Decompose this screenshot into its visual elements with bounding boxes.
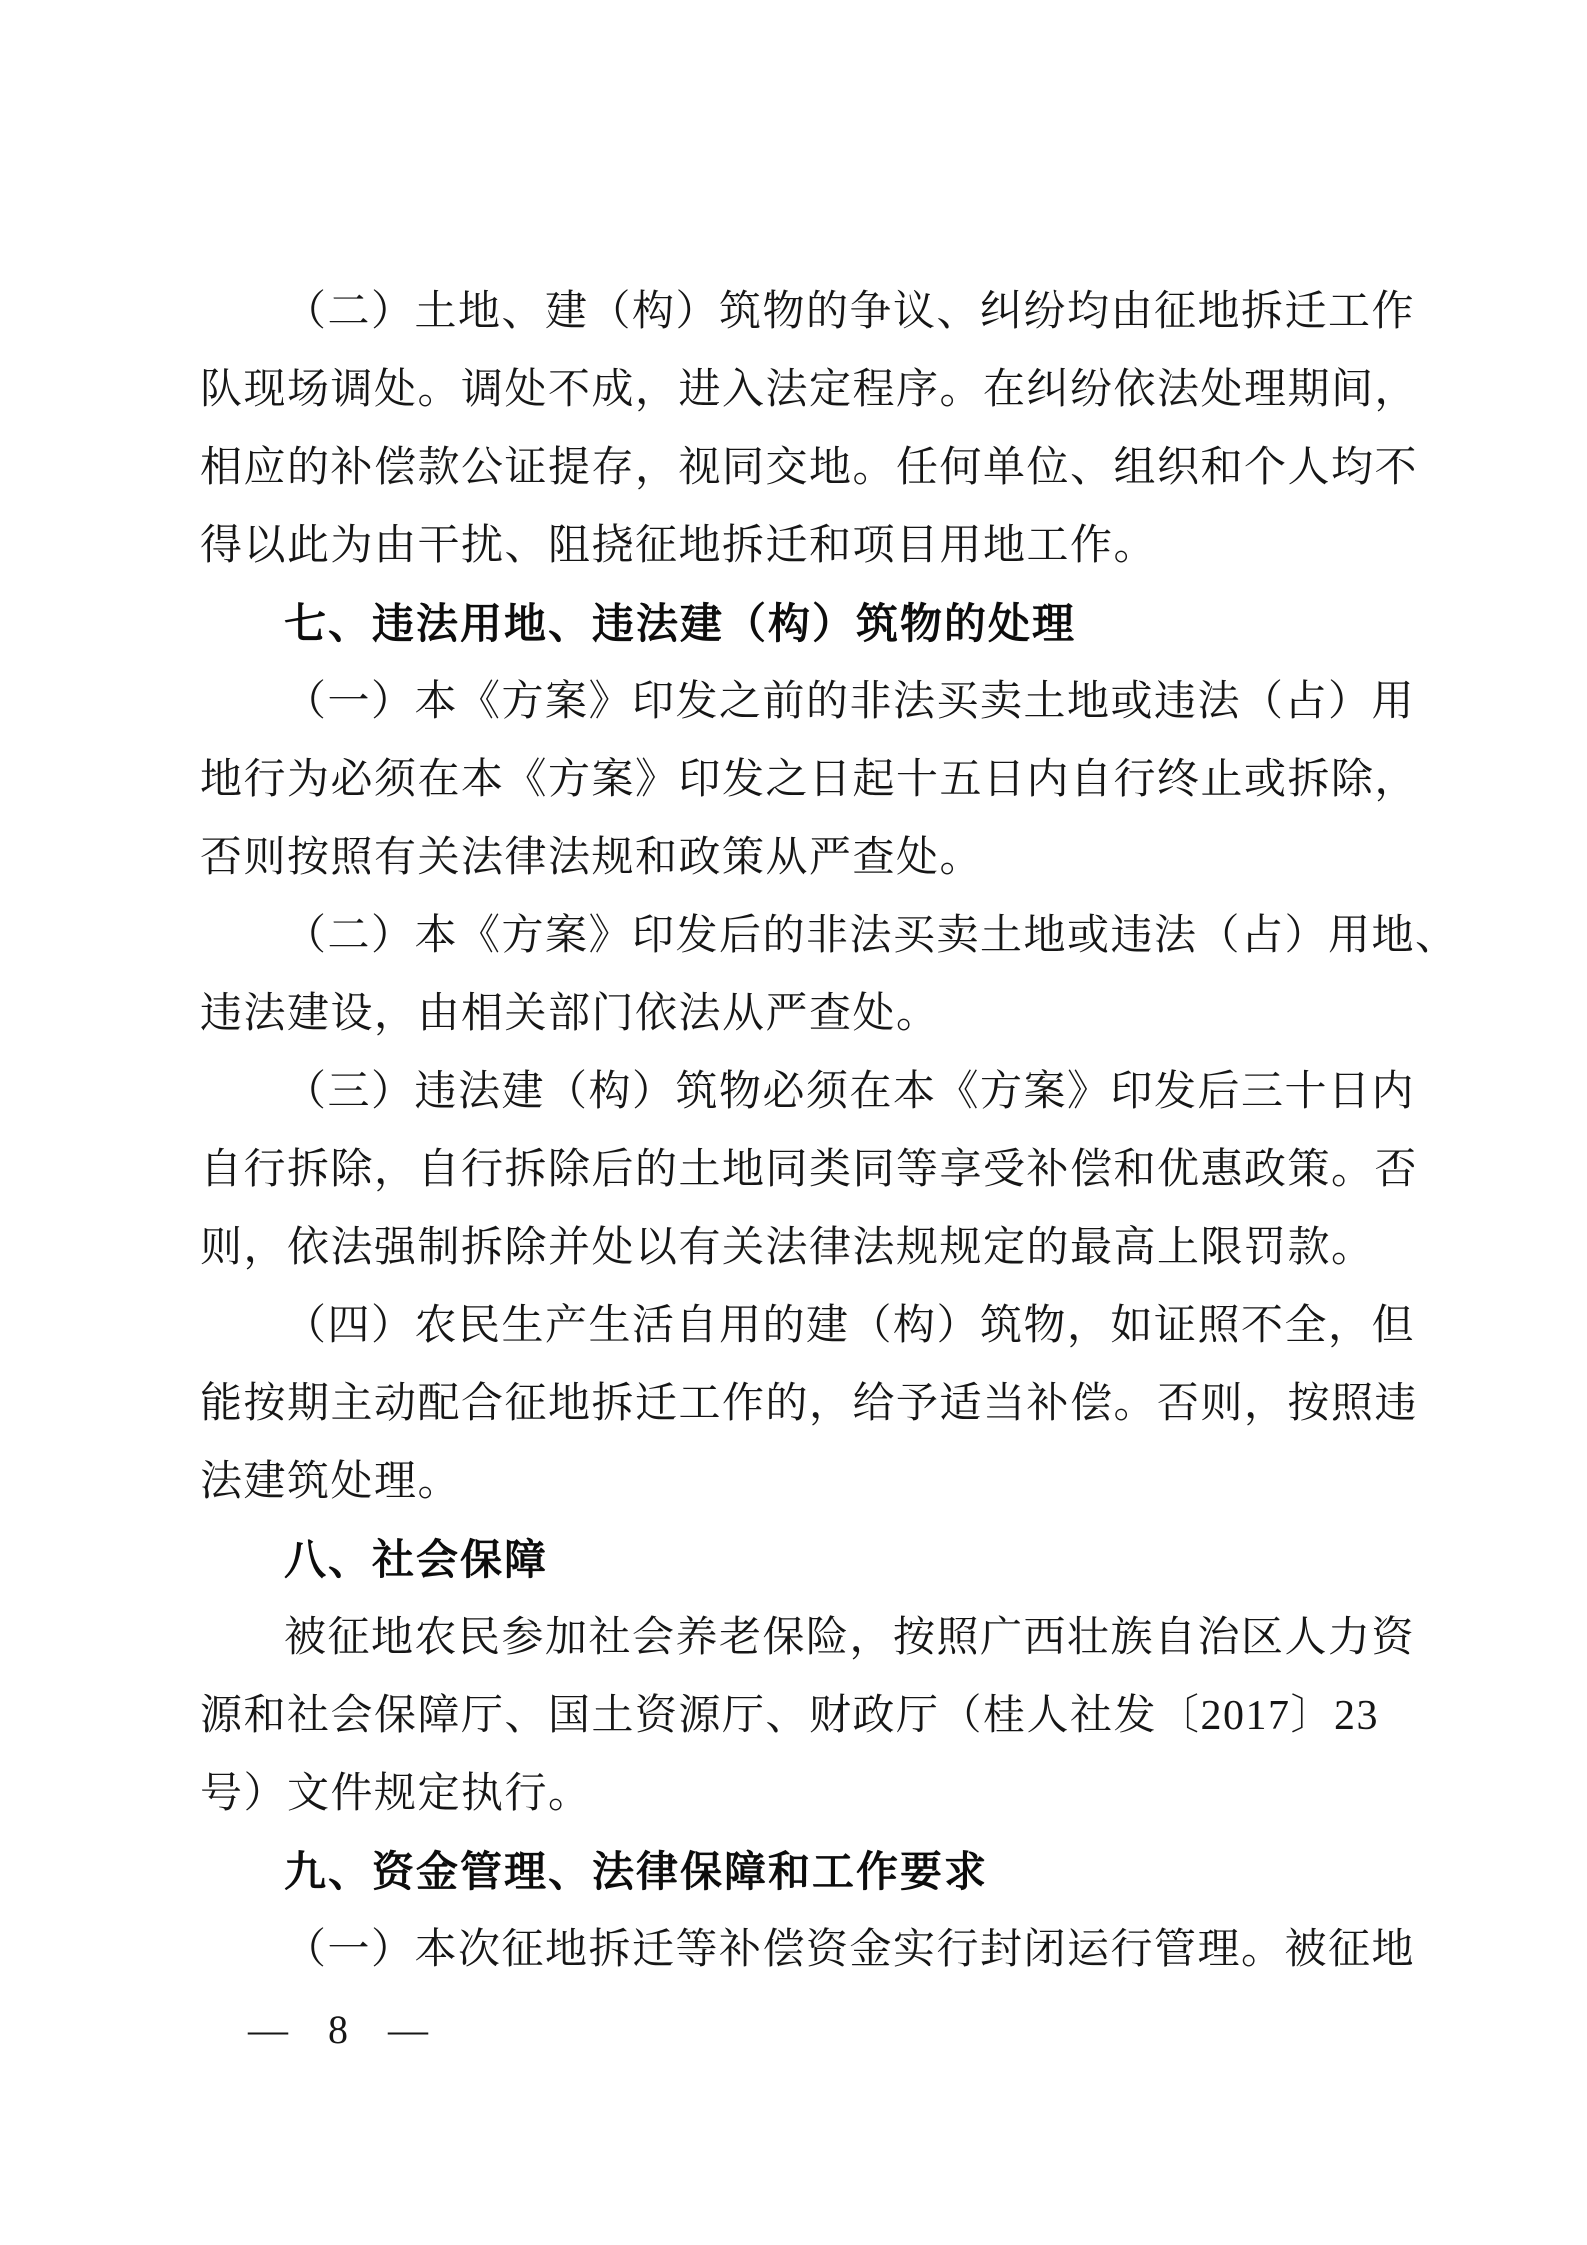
body-text-line: 被征地农民参加社会养老保险，按照广西壮族自治区人力资 — [200, 1599, 1430, 1677]
body-text-line: 号）文件规定执行。 — [200, 1755, 1430, 1833]
body-text-line: 队现场调处。调处不成，进入法定程序。在纠纷依法处理期间， — [200, 351, 1430, 429]
body-text-line: （四）农民生产生活自用的建（构）筑物，如证照不全，但 — [200, 1287, 1430, 1365]
heading-section-eight: 八、社会保障 — [200, 1521, 1430, 1599]
heading-section-nine: 九、资金管理、法律保障和工作要求 — [200, 1833, 1430, 1911]
body-text-line: （二）本《方案》印发后的非法买卖土地或违法（占）用地、 — [200, 897, 1430, 975]
body-text-line: （三）违法建（构）筑物必须在本《方案》印发后三十日内 — [200, 1053, 1430, 1131]
body-text-line: （二）土地、建（构）筑物的争议、纠纷均由征地拆迁工作 — [200, 273, 1430, 351]
body-text-line: 否则按照有关法律法规和政策从严查处。 — [200, 819, 1430, 897]
body-text-line: 相应的补偿款公证提存，视同交地。任何单位、组织和个人均不 — [200, 429, 1430, 507]
body-text-line: （一）本《方案》印发之前的非法买卖土地或违法（占）用 — [200, 663, 1430, 741]
body-text-line: 自行拆除，自行拆除后的土地同类同等享受补偿和优惠政策。否 — [200, 1131, 1430, 1209]
body-text-line: （一）本次征地拆迁等补偿资金实行封闭运行管理。被征地 — [200, 1911, 1430, 1989]
body-text-line: 则，依法强制拆除并处以有关法律法规规定的最高上限罚款。 — [200, 1209, 1430, 1287]
body-text-line: 地行为必须在本《方案》印发之日起十五日内自行终止或拆除， — [200, 741, 1430, 819]
body-text-line: 违法建设，由相关部门依法从严查处。 — [200, 975, 1430, 1053]
body-text-line: 能按期主动配合征地拆迁工作的，给予适当补偿。否则，按照违 — [200, 1365, 1430, 1443]
body-text-line: 法建筑处理。 — [200, 1443, 1430, 1521]
body-text-line: 源和社会保障厅、国土资源厅、财政厅（桂人社发〔2017〕23 — [200, 1677, 1430, 1755]
body-text-line: 得以此为由干扰、阻挠征地拆迁和项目用地工作。 — [200, 507, 1430, 585]
heading-section-seven: 七、违法用地、违法建（构）筑物的处理 — [200, 585, 1430, 663]
document-text-block: （二）土地、建（构）筑物的争议、纠纷均由征地拆迁工作 队现场调处。调处不成，进入… — [200, 273, 1430, 1989]
document-page: （二）土地、建（构）筑物的争议、纠纷均由征地拆迁工作 队现场调处。调处不成，进入… — [0, 0, 1587, 2245]
page-number: — 8 — — [248, 2000, 434, 2060]
